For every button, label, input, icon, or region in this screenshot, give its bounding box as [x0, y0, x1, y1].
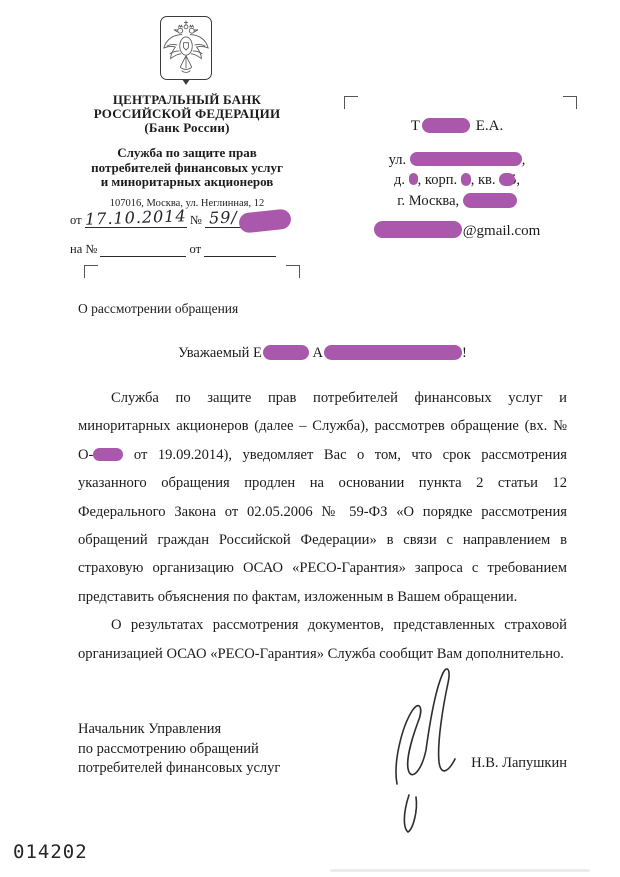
dept-line3: и миноритарных акционеров [72, 175, 302, 190]
double-headed-eagle-icon [161, 17, 211, 79]
recipient-surname-initial: Т [411, 118, 420, 134]
recipient-zone-corner-left [344, 96, 358, 109]
signer-name: Н.В. Лапушкин [430, 755, 567, 772]
recipient-house-line: д. , корп. , кв. 5, [345, 170, 569, 191]
dept-line2: потребителей финансовых услуг [72, 161, 302, 176]
redaction-mark [410, 152, 522, 166]
ref-from-label: от [70, 213, 82, 227]
coat-of-arms-box [160, 16, 212, 80]
signer-title: Начальник Управления по рассмотрению обр… [78, 720, 280, 779]
redaction-mark [461, 173, 471, 186]
ref-onfrom-field [204, 240, 276, 257]
ref-line-outgoing: от 17.10.2014 № 59/ [70, 211, 283, 228]
scanned-letter-page: ЦЕНТРАЛЬНЫЙ БАНК РОССИЙСКОЙ ФЕДЕРАЦИИ (Б… [0, 0, 620, 877]
letter-body: Служба по защите прав потребителей финан… [78, 384, 567, 668]
recipient-block: Т Е.А. ул. , д. , корп. , кв. 5, г. Моск… [345, 116, 569, 242]
handwritten-signature [392, 664, 456, 836]
redaction-mark [499, 173, 515, 186]
document-code: 014202 [13, 841, 88, 863]
ref-num-label: № [190, 213, 202, 227]
letter-subject: О рассмотрении обращения [78, 301, 238, 317]
body-paragraph-1: Служба по защите прав потребителей финан… [78, 384, 567, 611]
ref-onnum-field [100, 240, 186, 257]
ref-line-incoming: на № от [70, 240, 276, 257]
recipient-email-line: @gmail.com [345, 221, 569, 242]
redaction-mark [422, 118, 470, 133]
letterhead-department: Служба по защите прав потребителей финан… [72, 146, 302, 190]
ref-onnum-label: на № [70, 242, 97, 256]
recipient-name-line: Т Е.А. [345, 116, 569, 137]
emblem-frame-point [182, 79, 190, 85]
subject-zone-corner-right [286, 265, 300, 278]
email-domain: @gmail.com [463, 223, 541, 239]
redaction-mark [409, 173, 418, 185]
body-paragraph-2: О результатах рассмотрения документов, п… [78, 611, 567, 668]
org-name-line3: (Банк России) [72, 121, 302, 135]
salutation-line: Уважаемый Е А! [78, 345, 567, 362]
letterhead-org: ЦЕНТРАЛЬНЫЙ БАНК РОССИЙСКОЙ ФЕДЕРАЦИИ (Б… [72, 93, 302, 135]
dept-line1: Служба по защите прав [72, 146, 302, 161]
ref-num-field: 59/ [205, 211, 283, 228]
redaction-mark [238, 208, 292, 233]
ref-date-field: 17.10.2014 [85, 211, 187, 228]
org-name-line2: РОССИЙСКОЙ ФЕДЕРАЦИИ [72, 107, 302, 121]
subject-zone-corner-left [84, 265, 98, 278]
handwritten-date: 17.10.2014 [85, 206, 187, 229]
org-name-line1: ЦЕНТРАЛЬНЫЙ БАНК [72, 93, 302, 107]
redaction-mark [93, 448, 123, 461]
recipient-initials: Е.А. [472, 118, 503, 134]
letterhead-postal-address: 107016, Москва, ул. Неглинная, 12 [72, 198, 302, 209]
recipient-zone-corner-right [563, 96, 577, 109]
redaction-mark [374, 221, 462, 238]
ref-onfrom-label: от [190, 242, 202, 256]
scan-artifact [330, 869, 590, 872]
handwritten-ref-num: 59/ [209, 208, 238, 228]
redaction-mark [263, 345, 309, 360]
redaction-mark [324, 345, 462, 360]
recipient-street-line: ул. , [345, 150, 569, 171]
redaction-mark [463, 193, 517, 208]
recipient-city-line: г. Москва, [345, 191, 569, 212]
